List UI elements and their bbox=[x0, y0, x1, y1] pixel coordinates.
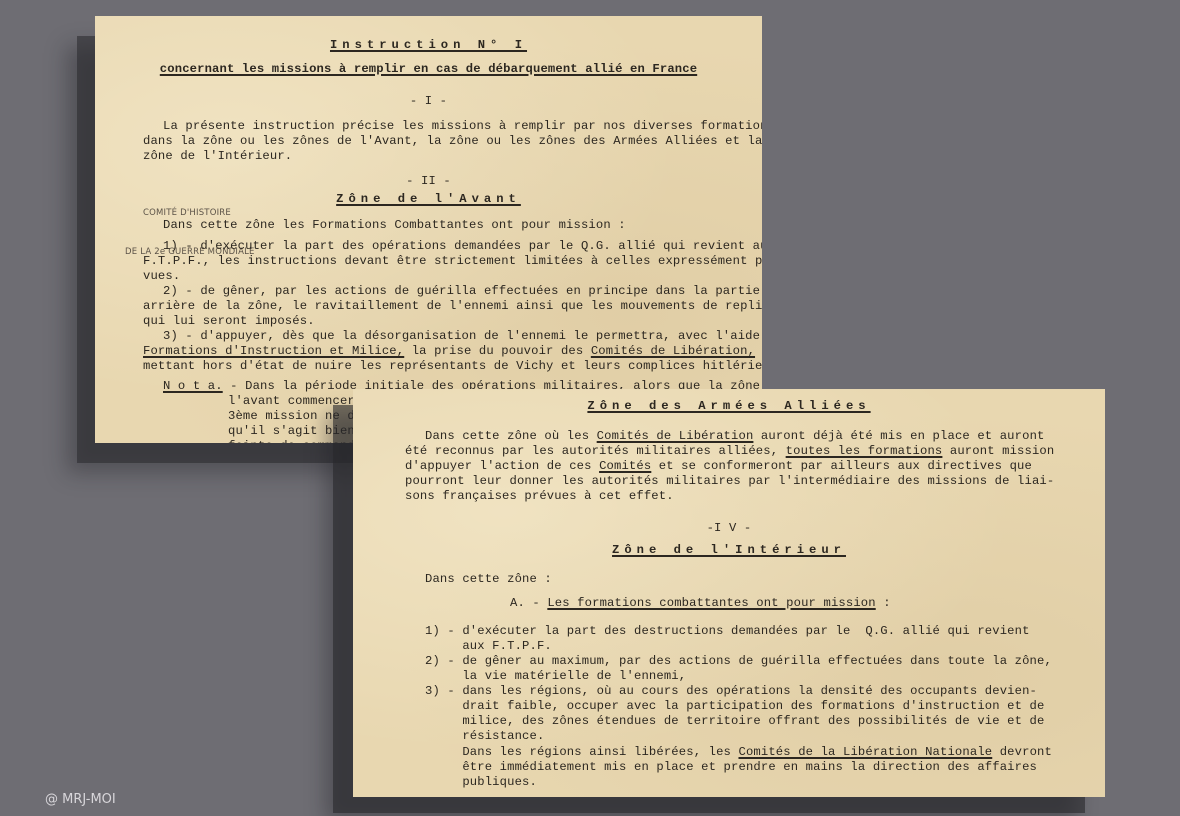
copyright-watermark: @ MRJ-MOI bbox=[45, 792, 116, 807]
underlined-phrase: Comités bbox=[599, 459, 651, 473]
document-page-bottom: Zône des Armées Alliées Dans cette zône … bbox=[353, 389, 1105, 797]
mission-item-2: arrière de la zône, le ravitaillement de… bbox=[143, 299, 762, 314]
section-heading-avant: Zône de l'Avant bbox=[95, 192, 762, 207]
mission-item-2: 2) - de gêner au maximum, par des action… bbox=[425, 654, 1052, 669]
mission-item-1: 1) - d'exécuter la part des opérations d… bbox=[163, 239, 762, 254]
section-intro: Dans cette zône : bbox=[425, 572, 552, 587]
mission-item-3: 3) - dans les régions, où au cours des o… bbox=[425, 684, 1037, 699]
section-number-4: -I V - bbox=[353, 521, 1105, 536]
intro-line: dans la zône ou les zônes de l'Avant, la… bbox=[143, 134, 762, 149]
mission-item-3: résistance. bbox=[425, 729, 544, 744]
document-title: Instruction N° I bbox=[95, 38, 762, 53]
subsection-a: A. - Les formations combattantes ont pou… bbox=[510, 596, 891, 611]
mission-item-3: drait faible, occuper avec la participat… bbox=[425, 699, 1045, 714]
document-page-top: Instruction N° I concernant les missions… bbox=[95, 16, 762, 443]
paragraph-line: pourront leur donner les autorités milit… bbox=[405, 474, 1054, 489]
section-heading-armees-alliees: Zône des Armées Alliées bbox=[353, 399, 1105, 414]
paragraph-line: été reconnus par les autorités militaire… bbox=[405, 444, 1054, 459]
underlined-phrase: Comités de Libération, bbox=[591, 344, 755, 358]
underlined-phrase: toutes les formations bbox=[786, 444, 943, 458]
paragraph-line: sons françaises prévues à cet effet. bbox=[405, 489, 674, 504]
closing-line: être immédiatement mis en place et prend… bbox=[425, 760, 1037, 775]
nota-line: feinte de command bbox=[228, 439, 355, 443]
mission-item-3: mettant hors d'état de nuire les représe… bbox=[143, 359, 762, 374]
mission-item-1: aux F.T.P.F. bbox=[425, 639, 552, 654]
closing-line: Dans les régions ainsi libérées, les Com… bbox=[425, 745, 1052, 760]
intro-line: La présente instruction précise les miss… bbox=[163, 119, 762, 134]
mission-item-1: 1) - d'exécuter la part des destructions… bbox=[425, 624, 1030, 639]
section-intro: Dans cette zône les Formations Combattan… bbox=[163, 218, 626, 233]
mission-item-2: qui lui seront imposés. bbox=[143, 314, 315, 329]
subsection-heading: Les formations combattantes ont pour mis… bbox=[547, 596, 875, 610]
mission-item-3: milice, des zônes étendues de territoire… bbox=[425, 714, 1045, 729]
nota-line: qu'il s'agit bien bbox=[228, 424, 355, 439]
mission-item-3: 3) - d'appuyer, dès que la désorganisati… bbox=[163, 329, 762, 344]
underlined-phrase: Comités de la Libération Nationale bbox=[738, 745, 992, 759]
intro-line: zône de l'Intérieur. bbox=[143, 149, 292, 164]
underlined-phrase: Comités de Libération bbox=[597, 429, 754, 443]
paragraph-line: Dans cette zône où les Comités de Libéra… bbox=[425, 429, 1045, 444]
paragraph-line: d'appuyer l'action de ces Comités et se … bbox=[405, 459, 1032, 474]
section-number-1: - I - bbox=[95, 94, 762, 109]
mission-item-2: 2) - de gêner, par les actions de guéril… bbox=[163, 284, 760, 299]
nota-label: N o t a. bbox=[163, 379, 223, 393]
section-heading-interieur: Zône de l'Intérieur bbox=[353, 543, 1105, 558]
mission-item-2: la vie matérielle de l'ennemi, bbox=[425, 669, 686, 684]
section-number-2: - II - bbox=[95, 174, 762, 189]
underlined-phrase: Formations d'Instruction et Milice, bbox=[143, 344, 404, 358]
mission-item-1: vues. bbox=[143, 269, 180, 284]
document-subtitle: concernant les missions à remplir en cas… bbox=[95, 62, 762, 77]
nota-line: 3ème mission ne d bbox=[228, 409, 355, 424]
mission-item-3: Formations d'Instruction et Milice, la p… bbox=[143, 344, 762, 359]
mission-item-1: F.T.P.F., les instructions devant être s… bbox=[143, 254, 762, 269]
closing-line: publiques. bbox=[425, 775, 537, 790]
